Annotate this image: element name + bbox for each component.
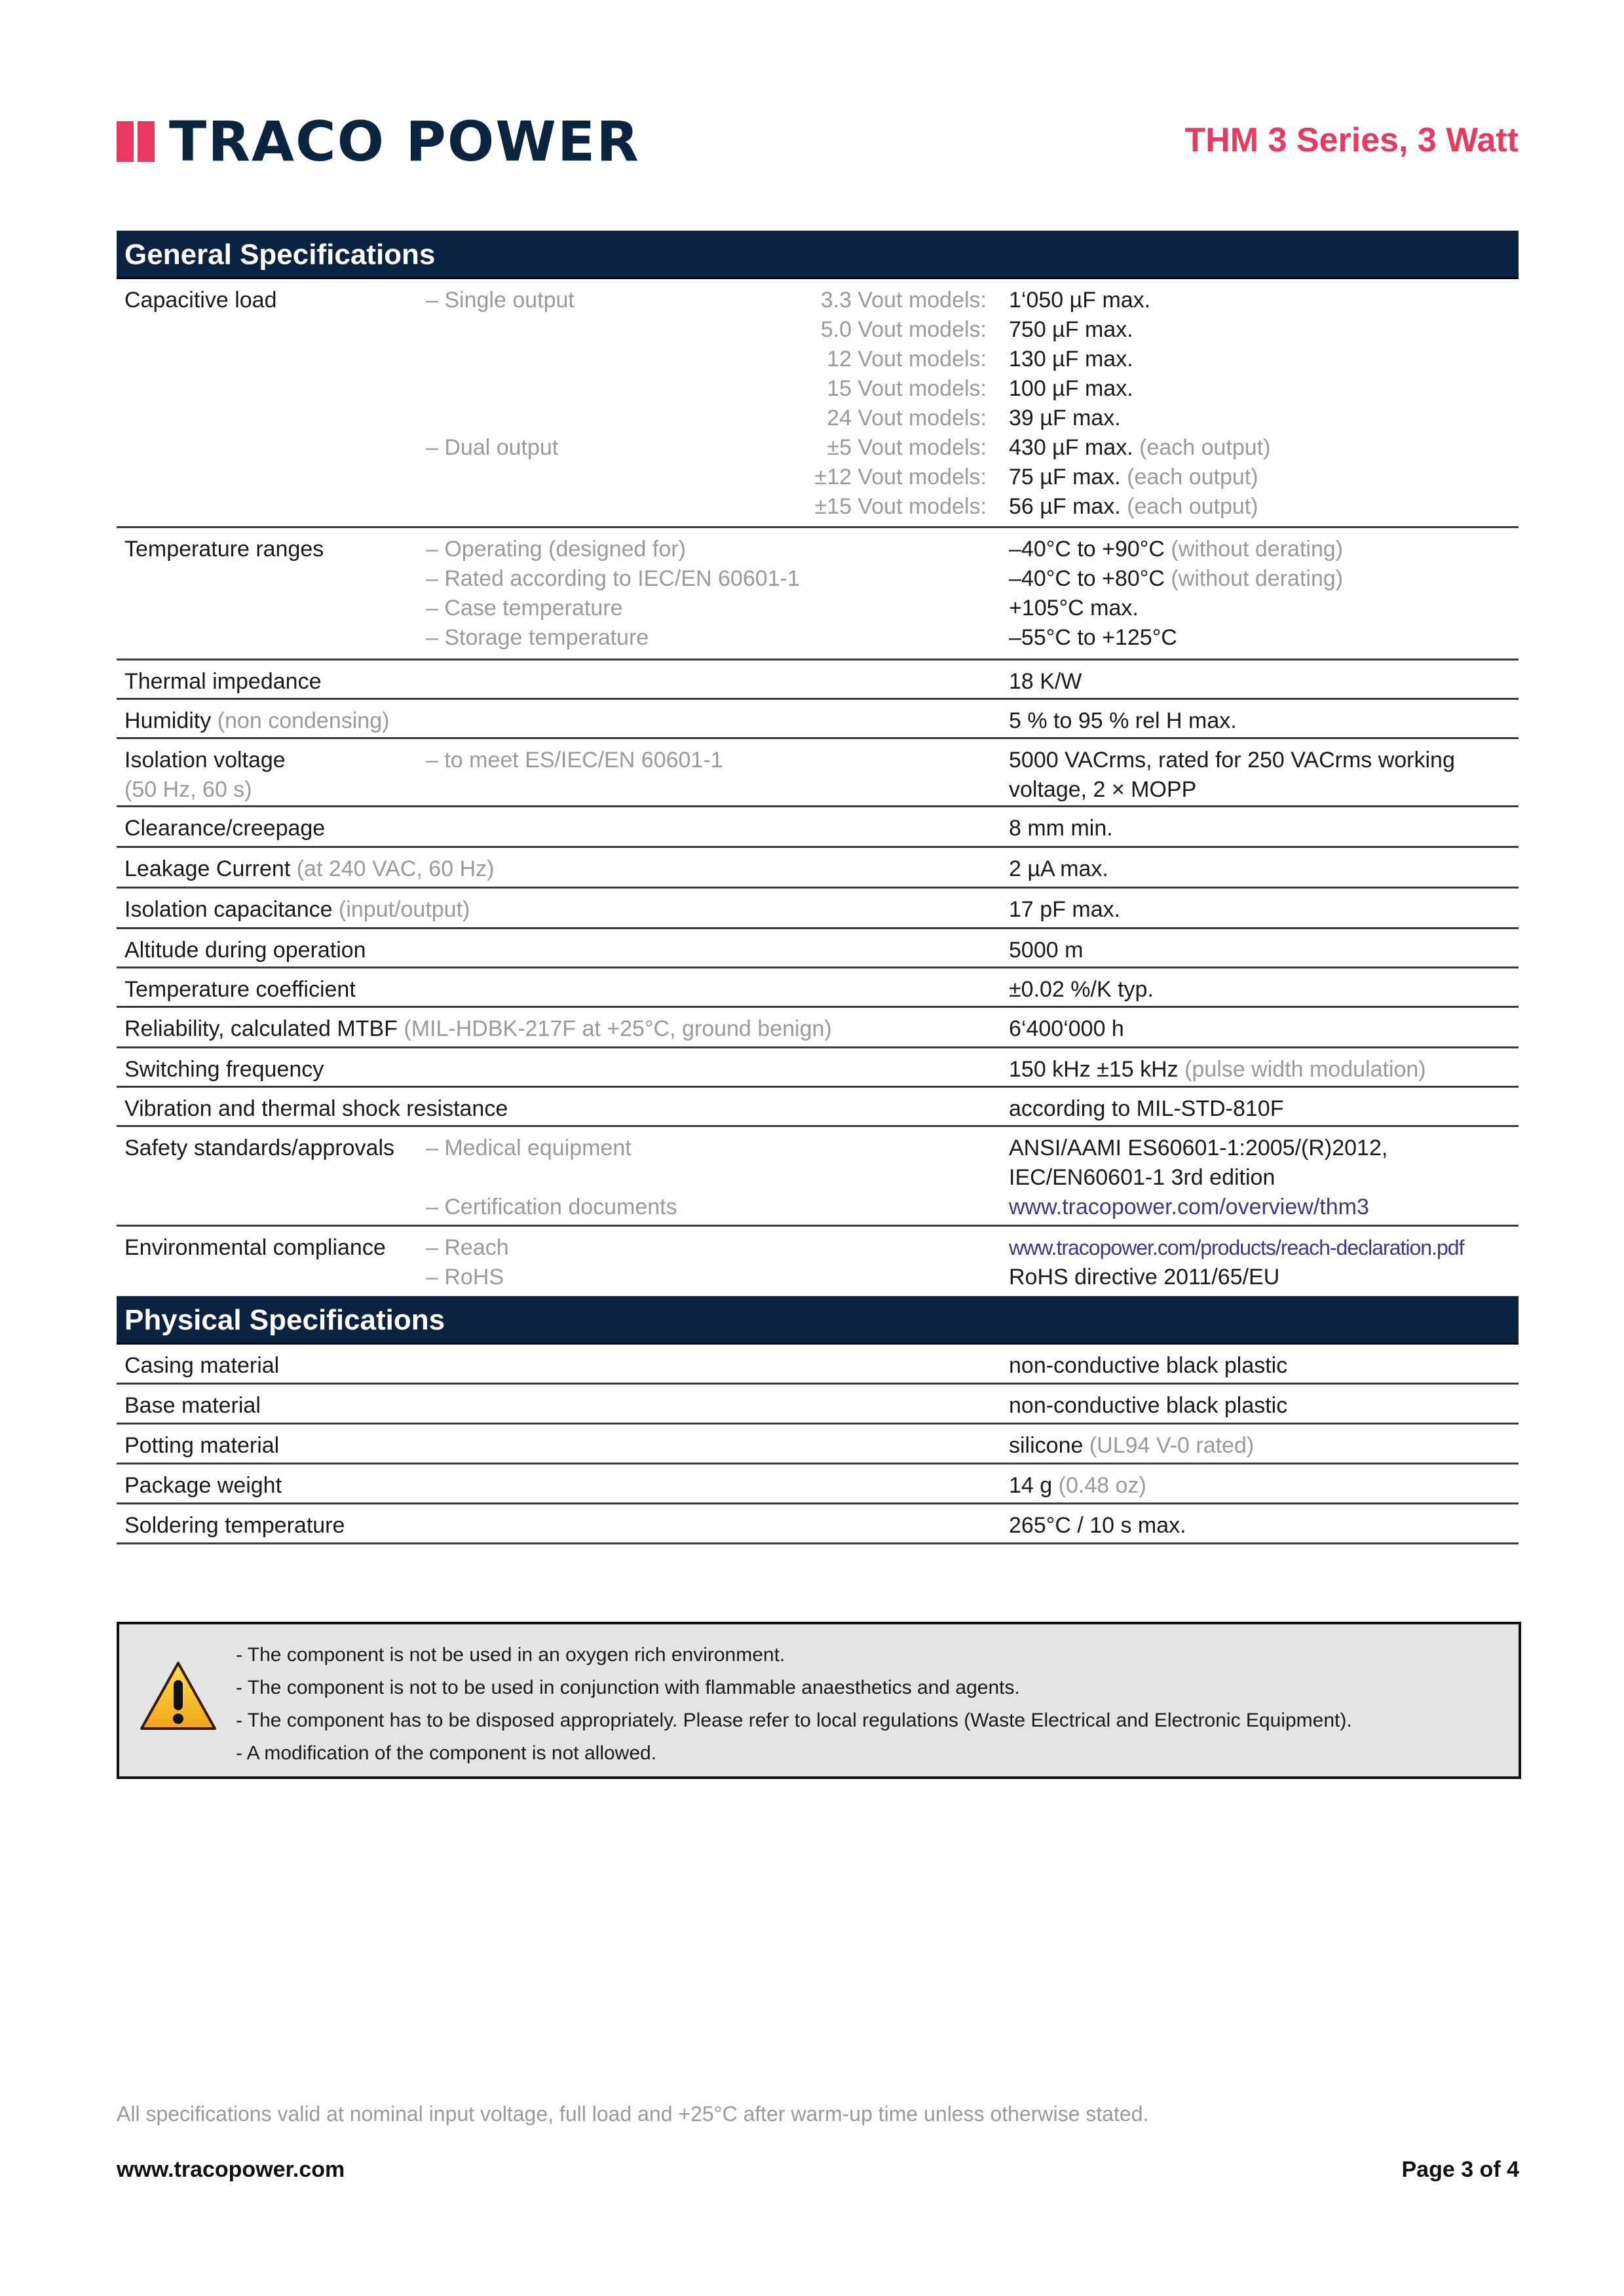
warning-item: - The component is not be used in an oxy…: [236, 1639, 1352, 1672]
section-title: Physical Specifications: [117, 1296, 1519, 1345]
spec-label: Base material: [124, 1391, 261, 1421]
row-vibration: Vibration and thermal shock resistance a…: [117, 1088, 1519, 1127]
row-environmental-compliance: Environmental compliance – Reach – RoHS …: [117, 1227, 1519, 1297]
page-number: Page 3 of 4: [1401, 2157, 1519, 2183]
warning-triangle-icon: [139, 1660, 217, 1732]
row-humidity: Humidity (non condensing) 5 % to 95 % re…: [117, 700, 1519, 739]
spec-label: Casing material: [124, 1351, 279, 1381]
row-mtbf: Reliability, calculated MTBF (MIL-HDBK-2…: [117, 1008, 1519, 1048]
page-header: TRACO POWER THM 3 Series, 3 Watt: [117, 111, 1519, 170]
row-leakage-current: Leakage Current (at 240 VAC, 60 Hz) 2 µA…: [117, 848, 1519, 889]
section-title: General Specifications: [117, 231, 1519, 279]
row-safety-standards: Safety standards/approvals – Medical equ…: [117, 1127, 1519, 1227]
spec-value: silicone (UL94 V-0 rated): [1009, 1431, 1520, 1461]
spec-value: 265°C / 10 s max.: [1009, 1511, 1520, 1540]
series-title: THM 3 Series, 3 Watt: [1184, 121, 1519, 160]
row-clearance: Clearance/creepage 8 mm min.: [117, 807, 1519, 848]
spec-value: non-conductive black plastic: [1009, 1351, 1520, 1381]
spec-label: Potting material: [124, 1431, 279, 1461]
physical-row: Base materialnon-conductive black plasti…: [117, 1385, 1519, 1425]
general-specifications: General Specifications Capacitive load –…: [117, 231, 1519, 1297]
certification-link[interactable]: www.tracopower.com/overview/thm3: [1009, 1193, 1520, 1222]
spec-value: 14 g (0.48 oz): [1009, 1471, 1520, 1501]
spec-label: Soldering temperature: [124, 1511, 345, 1540]
model-list: 3.3 Vout models: 5.0 Vout models: 12 Vou…: [117, 286, 987, 522]
spec-value: non-conductive black plastic: [1009, 1391, 1520, 1421]
row-capacitive-load: Capacitive load – Single output – Dual o…: [117, 279, 1519, 528]
traco-power-logo: TRACO POWER: [117, 118, 640, 165]
row-temperature-coefficient: Temperature coefficient ±0.02 %/K typ.: [117, 968, 1519, 1008]
physical-row: Potting materialsilicone (UL94 V-0 rated…: [117, 1425, 1519, 1464]
warning-box: - The component is not be used in an oxy…: [117, 1622, 1521, 1779]
physical-row: Casing materialnon-conductive black plas…: [117, 1345, 1519, 1385]
row-isolation-capacitance: Isolation capacitance (input/output) 17 …: [117, 889, 1519, 929]
logo-bars-icon: [117, 121, 155, 162]
row-switching-frequency: Switching frequency 150 kHz ±15 kHz (pul…: [117, 1048, 1519, 1088]
spec-label: Package weight: [124, 1471, 282, 1501]
reach-declaration-link[interactable]: www.tracopower.com/products/reach-declar…: [1009, 1233, 1520, 1263]
warning-item: - The component has to be disposed appro…: [236, 1704, 1352, 1737]
physical-row: Soldering temperature265°C / 10 s max.: [117, 1504, 1519, 1544]
row-thermal-impedance: Thermal impedance 18 K/W: [117, 660, 1519, 700]
physical-specifications: Physical Specifications Casing materialn…: [117, 1296, 1519, 1544]
footer-website-link[interactable]: www.tracopower.com: [117, 2157, 345, 2183]
physical-row: Package weight14 g (0.48 oz): [117, 1464, 1519, 1504]
row-isolation-voltage: Isolation voltage (50 Hz, 60 s) – to mee…: [117, 739, 1519, 807]
warning-item: - The component is not to be used in con…: [236, 1672, 1352, 1704]
warning-list: - The component is not be used in an oxy…: [236, 1639, 1352, 1770]
row-temperature-ranges: Temperature ranges – Operating (designed…: [117, 528, 1519, 660]
brand-name: TRACO POWER: [169, 118, 640, 165]
row-altitude: Altitude during operation 5000 m: [117, 929, 1519, 968]
footer-note: All specifications valid at nominal inpu…: [117, 2102, 1148, 2126]
value-list: 1‘050 µF max. 750 µF max. 130 µF max. 10…: [1009, 286, 1520, 522]
warning-item: - A modification of the component is not…: [236, 1737, 1352, 1770]
